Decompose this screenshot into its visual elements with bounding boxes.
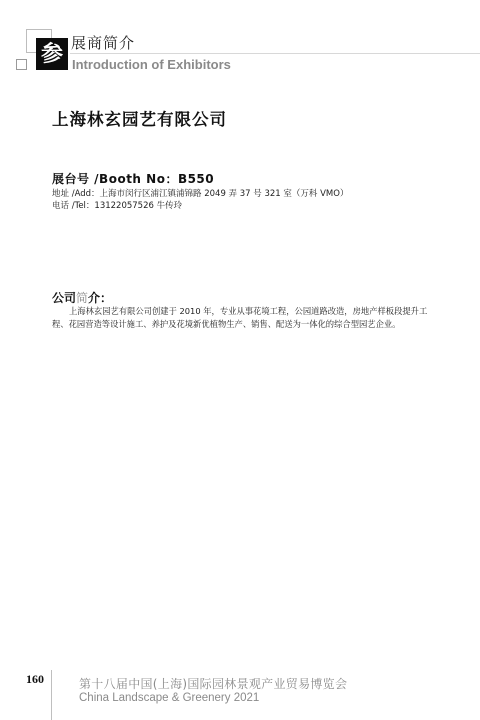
decorative-square bbox=[16, 59, 27, 70]
intro-heading-part: 简 bbox=[76, 291, 88, 305]
header-divider bbox=[70, 53, 480, 54]
intro-heading: 公司简介： bbox=[52, 289, 112, 306]
address: 地址 /Add：上海市闵行区浦江镇浦锦路 2049 弄 37 号 321 室（万… bbox=[52, 187, 348, 199]
section-title-cn: 展商简介 bbox=[71, 32, 135, 53]
booth-number: 展台号 /Booth No：B550 bbox=[52, 170, 214, 187]
section-badge-icon: 参 bbox=[36, 38, 68, 70]
page-number: 160 bbox=[26, 672, 44, 687]
footer-divider bbox=[51, 670, 52, 720]
event-title-en: China Landscape & Greenery 2021 bbox=[79, 692, 259, 704]
company-name: 上海林玄园艺有限公司 bbox=[52, 106, 227, 130]
intro-heading-part: 介： bbox=[88, 291, 112, 305]
intro-body: 上海林玄园艺有限公司创建于 2010 年，专业从事花境工程，公园道路改造，房地产… bbox=[52, 305, 432, 331]
section-title-en: Introduction of Exhibitors bbox=[72, 57, 231, 72]
event-title-cn: 第十八届中国(上海)国际园林景观产业贸易博览会 bbox=[79, 675, 347, 692]
telephone: 电话 /Tel：13122057526 牛传玲 bbox=[52, 199, 182, 211]
intro-heading-part: 公司 bbox=[52, 291, 76, 305]
